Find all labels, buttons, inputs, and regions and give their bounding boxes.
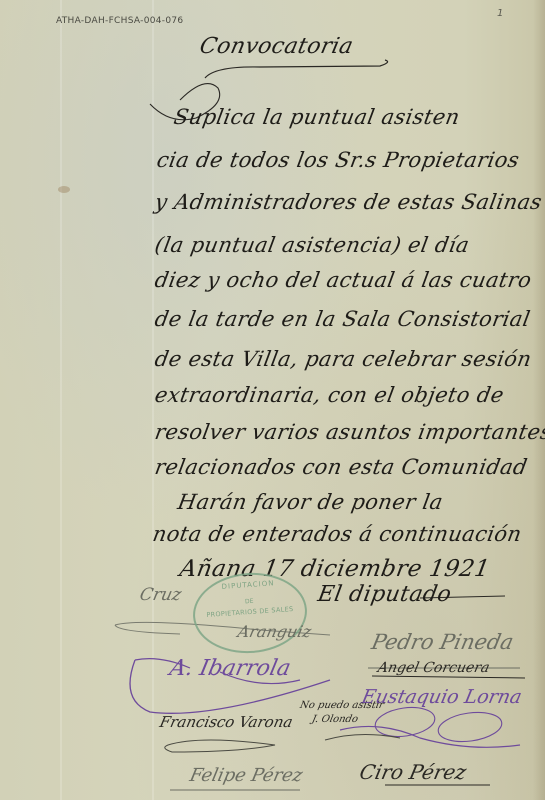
body-line: de esta Villa, para celebrar sesión xyxy=(153,347,534,371)
body-line: (la puntual asistencia) el día xyxy=(153,233,471,257)
page-number: 1 xyxy=(497,8,503,19)
signature-j-olondo: J. Olondo xyxy=(311,714,359,725)
closing-line: Harán favor de poner la xyxy=(176,490,445,514)
body-line: de la tarde en la Sala Consistorial xyxy=(153,307,532,331)
body-line: Suplica la puntual asisten xyxy=(172,105,462,129)
document-title: Convocatoria xyxy=(197,34,355,59)
signer-title: El diputado xyxy=(316,582,454,607)
signature-ciro-perez: Ciro Pérez xyxy=(357,760,468,784)
official-stamp: DIPUTACION DE PROPIETARIOS DE SALES xyxy=(190,569,309,657)
body-line: resolver varios asuntos importantes xyxy=(153,420,545,444)
paper-stain xyxy=(58,186,70,193)
closing-line: nota de enterados á continuación xyxy=(151,522,524,546)
body-line: cia de todos los Sr.s Propietarios xyxy=(155,148,521,172)
paper-edge-shadow xyxy=(533,0,545,800)
signature-pedro-pineda: Pedro Pineda xyxy=(369,630,515,654)
note-no-puedo-asistir: No puedo asistir xyxy=(299,700,385,711)
body-line: diez y ocho del actual á las cuatro xyxy=(153,268,534,292)
signature-felipe-perez: Felipe Pérez xyxy=(188,765,305,786)
document-page: ATHA-DAH-FCHSA-004-076 1 Convocatoria Su… xyxy=(0,0,545,800)
signature-francisco-varona: Francisco Varona xyxy=(158,713,294,731)
paper-fold xyxy=(60,0,62,800)
archive-reference-code: ATHA-DAH-FCHSA-004-076 xyxy=(56,16,183,26)
body-line: extraordinaria, con el objeto de xyxy=(153,383,506,407)
signature-cruz: Cruz xyxy=(138,585,183,605)
signature-a-ibarrola: A. Ibarrola xyxy=(167,656,293,681)
signature-eustaquio-lorna: Eustaquio Lorna xyxy=(360,686,524,708)
body-line: relacionados con esta Comunidad xyxy=(153,455,529,479)
signature-angel-corcuera: Angel Corcuera xyxy=(376,660,491,676)
signature-aranguiz: Aranguiz xyxy=(236,622,313,641)
body-line: y Administradores de estas Salinas xyxy=(153,190,544,214)
